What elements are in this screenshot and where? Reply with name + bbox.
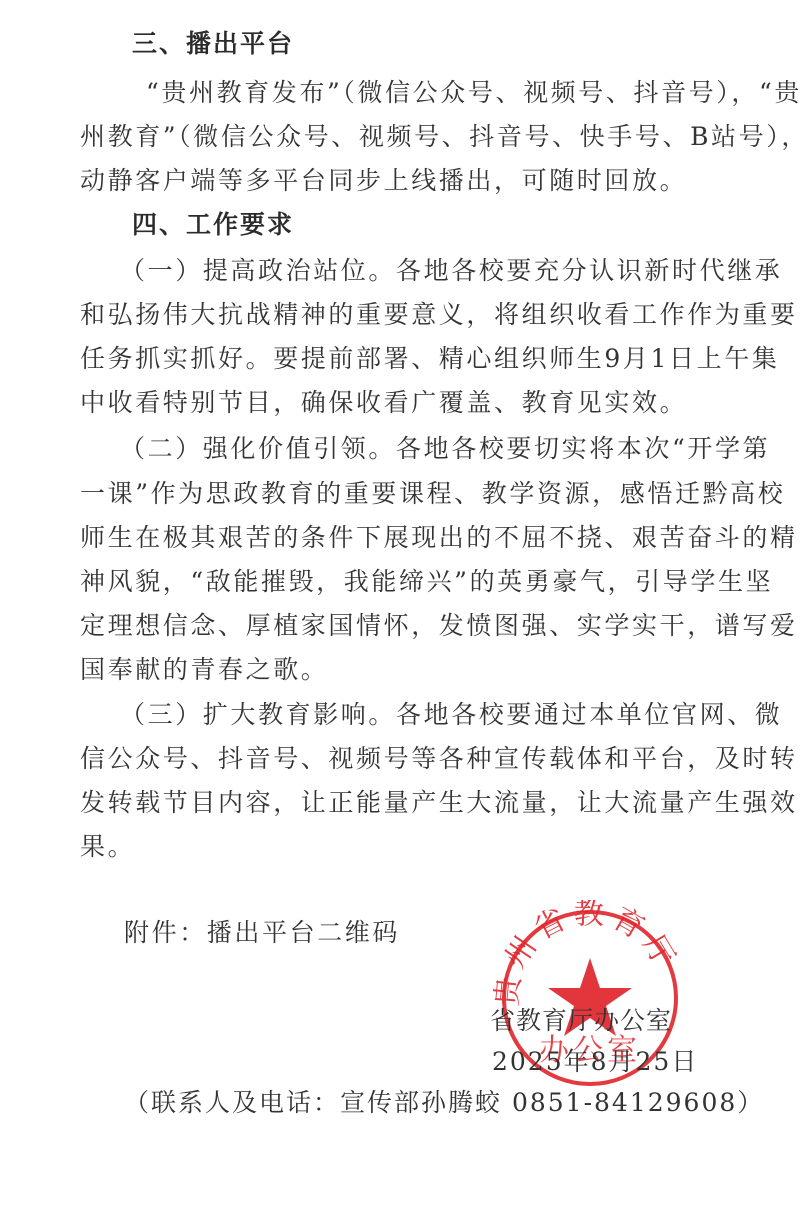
section-heading-broadcast-platforms: 三、播出平台 [132, 27, 294, 61]
paragraph-line: 定理想信念、厚植家国情怀，发愤图强、实学实干，谱写爱 [80, 609, 798, 643]
paragraph-line: 和弘扬伟大抗战精神的重要意义，将组织收看工作作为重要 [80, 298, 798, 332]
paragraph-line: 州教育”（微信公众号、视频号、抖音号、快手号、B站号）， [80, 120, 800, 154]
section-heading-work-requirements: 四、工作要求 [132, 208, 294, 242]
paragraph-line: （三）扩大教育影响。各地各校要通过本单位官网、微 [120, 698, 782, 732]
paragraph-line: 中收看特别节目，确保收看广覆盖、教育见实效。 [80, 386, 687, 420]
paragraph-line: 果。 [80, 830, 135, 864]
paragraph-line: 国奉献的青春之歌。 [80, 653, 328, 687]
paragraph-line: 师生在极其艰苦的条件下展现出的不屈不挠、艰苦奋斗的精 [80, 521, 798, 555]
paragraph-line: 一课”作为思政教育的重要课程、教学资源，感悟迁黔高校 [80, 477, 785, 511]
paragraph-line: （二）强化价值引领。各地各校要切实将本次“开学第 [120, 432, 770, 466]
issue-date: 2025年8月25日 [492, 1045, 698, 1079]
paragraph-line: “贵州教育发布”（微信公众号、视频号、抖音号），“贵 [146, 76, 800, 110]
document-page: 三、播出平台 “贵州教育发布”（微信公众号、视频号、抖音号），“贵 州教育”（微… [0, 0, 800, 1223]
issuing-office: 省教育厅办公室 [490, 1004, 672, 1038]
paragraph-line: 发转载节目内容，让正能量产生大流量，让大流量产生强效 [80, 786, 798, 820]
paragraph-line: 动静客户端等多平台同步上线播出，可随时回放。 [80, 164, 687, 198]
paragraph-line: 任务抓实抓好。要提前部署、精心组织师生9月1日上午集 [80, 342, 779, 376]
attachment-note: 附件：播出平台二维码 [124, 916, 400, 950]
paragraph-line: 神风貌，“敌能摧毁，我能缔兴”的英勇豪气，引导学生坚 [80, 565, 773, 599]
paragraph-line: （一）提高政治站位。各地各校要充分认识新时代继承 [120, 254, 782, 288]
contact-info: （联系人及电话：宣传部孙腾蛟 0851-84129608） [124, 1086, 764, 1120]
paragraph-line: 信公众号、抖音号、视频号等各种宣传载体和平台，及时转 [80, 742, 798, 776]
